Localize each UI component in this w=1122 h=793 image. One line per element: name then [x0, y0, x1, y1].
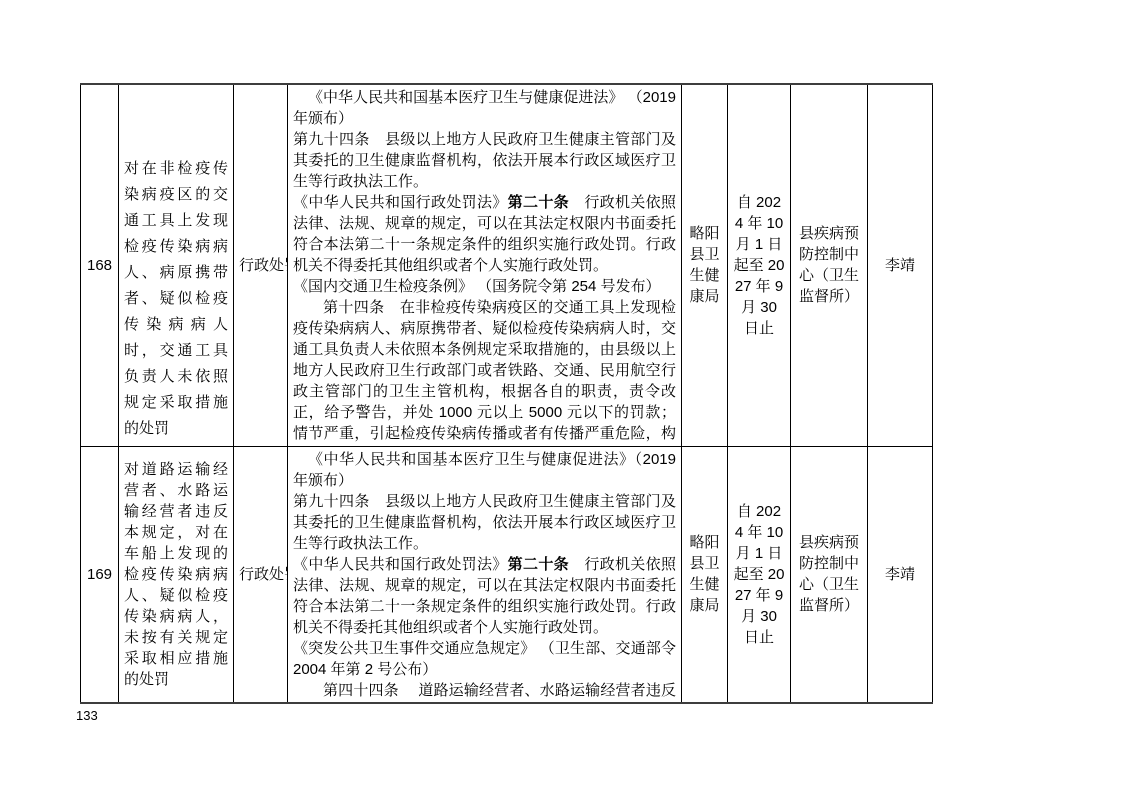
page-number: 133	[76, 708, 98, 723]
legal-paragraph: 第十四条 在非检疫传染病疫区的交通工具上发现检疫传染病病人、病原携带者、疑似检疫…	[293, 297, 676, 443]
legal-paragraph: 《国内交通卫生检疫条例》 （国务院令第 254 号发布）	[293, 276, 676, 297]
legal-text: 《中华人民共和国行政处罚法》	[293, 194, 508, 211]
penalty-items-table: 168 对在非检疫传染病疫区的交通工具上发现检疫传染病病人、病原携带者、疑似检疫…	[80, 83, 933, 704]
penalty-type-cell: 行政处罚	[234, 446, 288, 703]
authority-cell: 略阳县卫生健康局	[682, 446, 728, 703]
period-cell: 自 2024 年 10 月 1 日起至 2027 年 9 月 30 日止	[728, 84, 791, 446]
table-row-169: 169 对道路运输经营者、水路运输经营者违反本规定，对在车船上发现的检疫传染病病…	[81, 446, 933, 703]
row-number: 169	[81, 446, 119, 703]
legal-paragraph: 第四十四条 道路运输经营者、水路运输经营者违反本规定，对在车船上发现的检疫传染病…	[293, 680, 676, 700]
document-page: 168 对在非检疫传染病疫区的交通工具上发现检疫传染病病人、病原携带者、疑似检疫…	[0, 0, 1122, 793]
period-cell: 自 2024 年 10 月 1 日起至 2027 年 9 月 30 日止	[728, 446, 791, 703]
table-row-168: 168 对在非检疫传染病疫区的交通工具上发现检疫传染病病人、病原携带者、疑似检疫…	[81, 84, 933, 446]
row-number: 168	[81, 84, 119, 446]
authority-cell: 略阳县卫生健康局	[682, 84, 728, 446]
implementer-cell: 县疾病预防控制中心（卫生监督所）	[791, 84, 868, 446]
legal-article-bold: 第二十条	[508, 556, 569, 573]
implementer-cell: 县疾病预防控制中心（卫生监督所）	[791, 446, 868, 703]
legal-paragraph: 《中华人民共和国行政处罚法》第二十条 行政机关依照法律、法规、规章的规定，可以在…	[293, 192, 676, 276]
legal-basis-cell: 《中华人民共和国基本医疗卫生与健康促进法》（2019 年颁布） 第九十四条 县级…	[288, 446, 682, 703]
matter-cell: 对道路运输经营者、水路运输经营者违反本规定，对在车船上发现的检疫传染病病人、疑似…	[119, 446, 234, 703]
legal-paragraph: 第九十四条 县级以上地方人民政府卫生健康主管部门及其委托的卫生健康监督机构，依法…	[293, 491, 676, 554]
penalty-type-cell: 行政处罚	[234, 84, 288, 446]
matter-cell: 对在非检疫传染病疫区的交通工具上发现检疫传染病病人、病原携带者、疑似检疫传染病病…	[119, 84, 234, 446]
legal-paragraph: 《突发公共卫生事件交通应急规定》 （卫生部、交通部令 2004 年第 2 号公布…	[293, 638, 676, 680]
person-cell: 李靖	[868, 446, 933, 703]
legal-basis-content: 《中华人民共和国基本医疗卫生与健康促进法》 （2019 年颁布） 第九十四条 县…	[293, 87, 676, 443]
legal-article-bold: 第二十条	[508, 194, 569, 211]
legal-paragraph: 《中华人民共和国基本医疗卫生与健康促进法》（2019 年颁布）	[293, 449, 676, 491]
legal-basis-cell: 《中华人民共和国基本医疗卫生与健康促进法》 （2019 年颁布） 第九十四条 县…	[288, 84, 682, 446]
person-cell: 李靖	[868, 84, 933, 446]
legal-text: 《中华人民共和国行政处罚法》	[293, 556, 508, 573]
legal-paragraph: 《中华人民共和国基本医疗卫生与健康促进法》 （2019 年颁布）	[293, 87, 676, 129]
legal-basis-content: 《中华人民共和国基本医疗卫生与健康促进法》（2019 年颁布） 第九十四条 县级…	[293, 449, 676, 700]
legal-paragraph: 《中华人民共和国行政处罚法》第二十条 行政机关依照法律、法规、规章的规定，可以在…	[293, 554, 676, 638]
legal-paragraph: 第九十四条 县级以上地方人民政府卫生健康主管部门及其委托的卫生健康监督机构，依法…	[293, 129, 676, 192]
